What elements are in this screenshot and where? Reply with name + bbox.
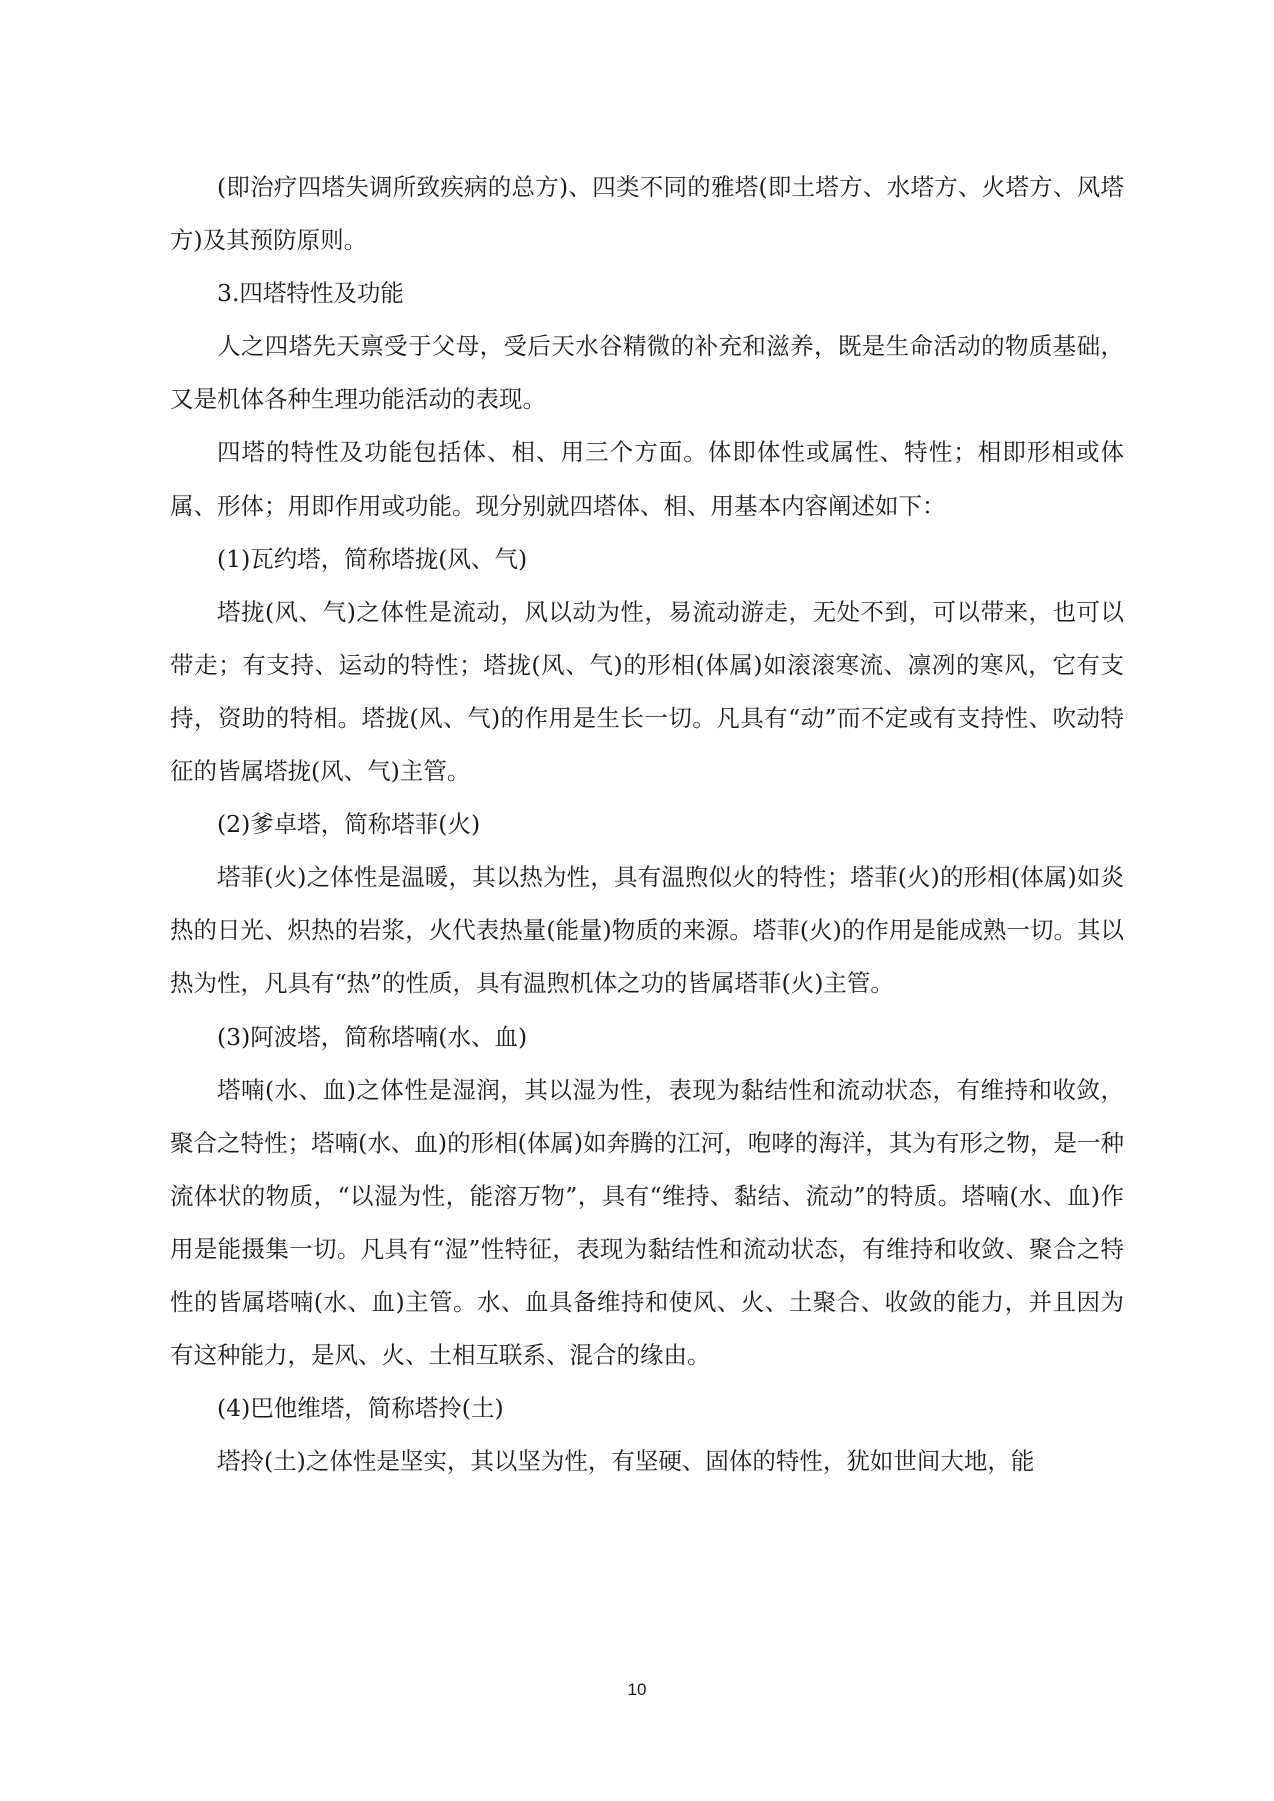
- paragraph-wind: 塔拢(风、气)之体性是流动，风以动为性，易流动游走，无处不到，可以带来，也可以带…: [170, 586, 1124, 798]
- document-body: (即治疗四塔失调所致疾病的总方)、四类不同的雅塔(即土塔方、水塔方、火塔方、风塔…: [170, 161, 1124, 1488]
- paragraph-overview: 四塔的特性及功能包括体、相、用三个方面。体即体性或属性、特性；相即形相或体属、形…: [170, 426, 1124, 532]
- subheading-water: (3)阿波塔，简称塔喃(水、血): [170, 1011, 1124, 1064]
- paragraph-earth: 塔拎(土)之体性是坚实，其以坚为性，有坚硬、固体的特性，犹如世间大地，能: [170, 1435, 1124, 1488]
- paragraph-water: 塔喃(水、血)之体性是湿润，其以湿为性，表现为黏结性和流动状态，有维持和收敛，聚…: [170, 1064, 1124, 1383]
- paragraph-continuation: (即治疗四塔失调所致疾病的总方)、四类不同的雅塔(即土塔方、水塔方、火塔方、风塔…: [170, 161, 1124, 267]
- subheading-wind: (1)瓦约塔，简称塔拢(风、气): [170, 533, 1124, 586]
- page-number: 10: [0, 1680, 1274, 1700]
- paragraph-fire: 塔菲(火)之体性是温暖，其以热为性，具有温煦似火的特性；塔菲(火)的形相(体属)…: [170, 851, 1124, 1010]
- section-heading-four-ta-properties: 3.四塔特性及功能: [170, 267, 1124, 320]
- subheading-earth: (4)巴他维塔，简称塔拎(土): [170, 1382, 1124, 1435]
- paragraph-intro: 人之四塔先天禀受于父母，受后天水谷精微的补充和滋养，既是生命活动的物质基础，又是…: [170, 320, 1124, 426]
- subheading-fire: (2)爹卓塔，简称塔菲(火): [170, 798, 1124, 851]
